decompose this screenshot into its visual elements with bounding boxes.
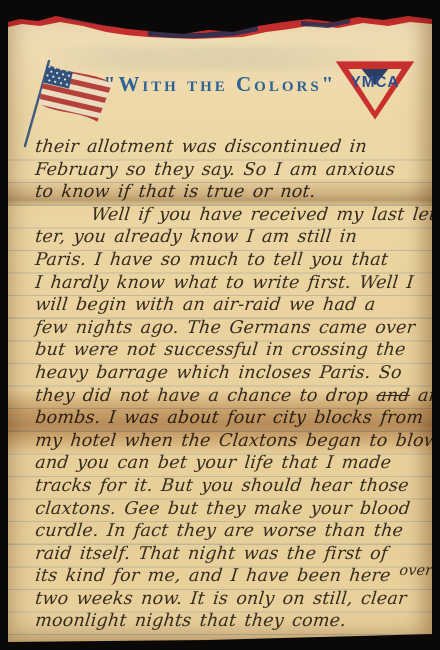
letter-line: tracks for it. But you should hear those	[34, 475, 428, 498]
letter-line: February so they say. So I am anxious	[34, 159, 428, 182]
letter-line: Well if you have received my last let-	[34, 204, 428, 227]
stationery-motto: "With the Colors"	[98, 72, 342, 97]
letter-line: its kind for me, and I have been here ov…	[34, 565, 428, 588]
torn-edge-decoration	[8, 10, 432, 42]
letter-line: to know if that is true or not.	[34, 181, 428, 204]
line-text: its kind for me, and I have been here	[34, 566, 400, 586]
letter-photo: { "scene": { "description": "Scanned han…	[0, 0, 440, 650]
struck-word: and	[375, 386, 411, 406]
letter-line: few nights ago. The Germans came over	[34, 317, 428, 340]
letter-line: heavy barrage which incloses Paris. So	[34, 362, 428, 385]
letter-paper: "With the Colors" YMCA their allotment w…	[8, 10, 432, 644]
letter-line: bombs. I was about four city blocks from	[34, 407, 428, 430]
letter-line: moonlight nights that they come.	[34, 610, 428, 633]
ymca-logo: YMCA	[332, 56, 418, 124]
ymca-logo-label: YMCA	[351, 74, 400, 91]
letter-line: raid itself. That night was the first of	[34, 543, 428, 566]
letter-line: I hardly know what to write first. Well …	[34, 272, 428, 295]
letter-line: two weeks now. It is only on still, clea…	[34, 588, 428, 611]
line-text: any	[409, 386, 432, 406]
letter-line: ter, you already know I am still in	[34, 226, 428, 249]
letter-line: my hotel when the Claxtons began to blow…	[34, 430, 428, 453]
letter-line: curdle. In fact they are worse than the	[34, 520, 428, 543]
letter-line: Paris. I have so much to tell you that	[34, 249, 428, 272]
letter-line: their allotment was discontinued in	[34, 136, 428, 159]
raised-word: over	[399, 563, 432, 579]
letter-body: their allotment was discontinued in Febr…	[34, 136, 426, 633]
line-text: they did not have a chance to drop	[34, 386, 377, 406]
letter-line: but were not successful in crossing the	[34, 339, 428, 362]
letter-line: and you can bet your life that I made	[34, 452, 428, 475]
letter-line: they did not have a chance to drop and a…	[34, 385, 428, 408]
letter-line: will begin with an air-raid we had a	[34, 294, 428, 317]
letter-line: claxtons. Gee but they make your blood	[34, 498, 428, 521]
